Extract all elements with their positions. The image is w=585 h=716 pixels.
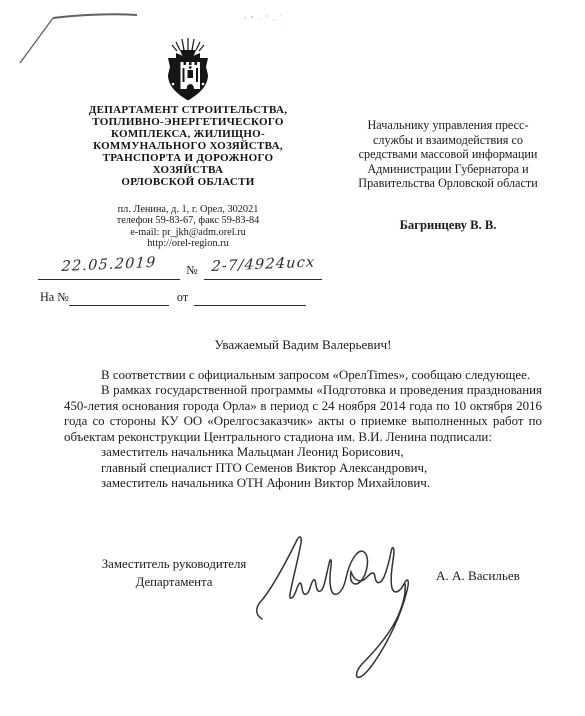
contact-line: e-mail: pr_jkh@adm.orel.ru — [38, 227, 338, 238]
signer-position-line: Заместитель руководителя — [94, 556, 254, 574]
department-line: КОММУНАЛЬНОГО ХОЗЯЙСТВА, — [38, 140, 338, 152]
addressee-block: Начальнику управления пресс- службы и вз… — [322, 118, 574, 191]
reply-number-blank-field — [69, 289, 169, 306]
addressee-line: Администрации Губернатора и — [322, 162, 574, 177]
outgoing-number-field: 2-7/4924исх — [204, 258, 322, 280]
department-line: ОРЛОВСКОЙ ОБЛАСТИ — [38, 176, 338, 188]
department-line: КОМПЛЕКСА, ЖИЛИЩНО- — [38, 128, 338, 140]
reply-number-label: На № — [40, 290, 69, 306]
addressee-line: Правительства Орловской области — [322, 176, 574, 191]
department-line: ТОПЛИВНО-ЭНЕРГЕТИЧЕСКОГО — [38, 116, 338, 128]
letter-body: Уважаемый Вадим Валерьевич! В соответств… — [64, 337, 542, 492]
handwritten-date: 22.05.2019 — [61, 255, 157, 275]
contact-line: пл. Ленина, д. 1, г. Орел, 302021 — [38, 204, 338, 215]
department-line: ТРАНСПОРТА И ДОРОЖНОГО — [38, 152, 338, 164]
body-paragraph: В соответствии с официальным запросом «О… — [64, 368, 542, 384]
handwritten-signature — [232, 522, 422, 694]
signatory-line: главный специалист ПТО Семенов Виктор Ал… — [64, 461, 542, 477]
letterhead-contact-info: пл. Ленина, д. 1, г. Орел, 302021 телефо… — [38, 204, 338, 249]
scan-corner-artifact — [0, 0, 300, 90]
addressee-name: Багринцеву В. В. — [322, 218, 574, 233]
department-line: ДЕПАРТАМЕНТ СТРОИТЕЛЬСТВА, — [38, 104, 338, 116]
addressee-line: Начальнику управления пресс- — [322, 118, 574, 133]
signatory-line: заместитель начальника ОТН Афонин Виктор… — [64, 476, 542, 492]
contact-line: http://orel-region.ru — [38, 238, 338, 249]
oryol-oblast-coat-of-arms-icon — [156, 34, 220, 104]
letterhead-department-name: ДЕПАРТАМЕНТ СТРОИТЕЛЬСТВА, ТОПЛИВНО-ЭНЕР… — [38, 104, 338, 188]
body-paragraph: В рамках государственной программы «Подг… — [64, 383, 542, 445]
salutation: Уважаемый Вадим Валерьевич! — [64, 337, 542, 353]
reply-reference-row: На № от — [40, 288, 312, 306]
signatory-line: заместитель начальника Мальцман Леонид Б… — [64, 445, 542, 461]
number-sign-label: № — [180, 263, 204, 280]
reply-date-label: от — [169, 290, 194, 306]
signer-position: Заместитель руководителя Департамента — [94, 556, 254, 591]
scan-smudge-artifact — [244, 14, 284, 24]
addressee-line: средствами массовой информации — [322, 147, 574, 162]
reply-date-blank-field — [194, 289, 306, 306]
contact-line: телефон 59-83-67, факс 59-83-84 — [38, 215, 338, 226]
signer-name: А. А. Васильев — [436, 568, 546, 584]
handwritten-number: 2-7/4924исх — [211, 254, 316, 275]
scanned-letter-page: ДЕПАРТАМЕНТ СТРОИТЕЛЬСТВА, ТОПЛИВНО-ЭНЕР… — [0, 0, 585, 716]
addressee-line: службы и взаимодействия со — [322, 133, 574, 148]
department-line: ХОЗЯЙСТВА — [38, 164, 338, 176]
signer-position-line: Департамента — [94, 574, 254, 592]
outgoing-date-field: 22.05.2019 — [38, 258, 180, 280]
reference-date-number-row: 22.05.2019 № 2-7/4924исх — [38, 258, 323, 280]
